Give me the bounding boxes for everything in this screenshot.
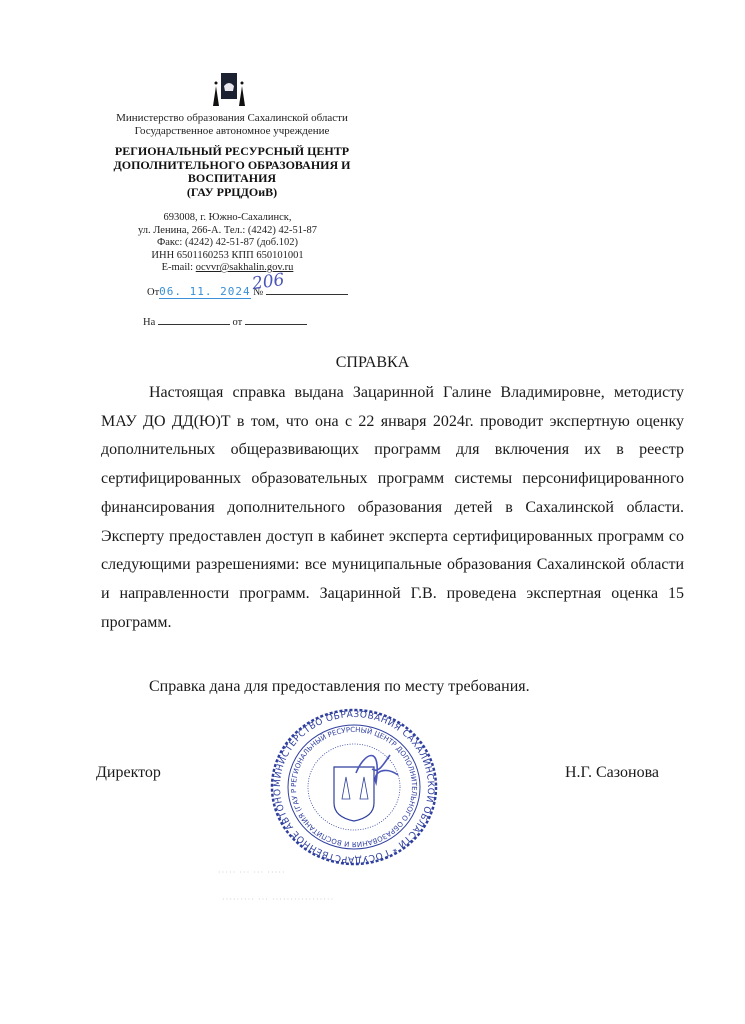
org-name-line1: РЕГИОНАЛЬНЫЙ РЕСУРСНЫЙ ЦЕНТР xyxy=(92,145,372,159)
address-line1: 693008, г. Южно-Сахалинск, xyxy=(100,212,355,225)
bleed-through-text: ········· ··· ················· xyxy=(222,895,334,904)
official-seal-icon: МИНИСТЕРСТВО ОБРАЗОВАНИЯ САХАЛИНСКОЙ ОБЛ… xyxy=(268,707,440,867)
email-line: E-mail: ocvvr@sakhalin.gov.ru xyxy=(100,262,355,275)
document-title: СПРАВКА xyxy=(0,354,745,372)
coat-of-arms-icon xyxy=(207,72,251,108)
institution-type: Государственное автономное учреждение xyxy=(92,125,372,138)
org-abbr: (ГАУ РРЦДОиВ) xyxy=(92,186,372,200)
ref-label: На xyxy=(143,317,155,328)
fax: Факс: (4242) 42-51-87 (доб.102) xyxy=(100,237,355,250)
ref-from-label: от xyxy=(233,317,243,328)
registration-line: От06. 11. 2024 № xyxy=(147,284,348,298)
ref-blank xyxy=(158,314,230,325)
signatory-position: Директор xyxy=(96,764,161,782)
ministry-name: Министерство образования Сахалинской обл… xyxy=(92,112,372,125)
ref-date-blank xyxy=(245,314,307,325)
document-body: Настоящая справка выдана Зацаринной Гали… xyxy=(101,379,684,637)
address-line2: ул. Ленина, 266-А. Тел.: (4242) 42-51-87 xyxy=(100,225,355,238)
email-label: E-mail: xyxy=(162,262,196,273)
from-label: От xyxy=(147,287,159,298)
org-name-line2: ДОПОЛНИТЕЛЬНОГО ОБРАЗОВАНИЯ И xyxy=(92,159,372,173)
letterhead: Министерство образования Сахалинской обл… xyxy=(92,112,372,199)
org-name-line3: ВОСПИТАНИЯ xyxy=(92,172,372,186)
bleed-through-text: ····· ··· ··· ····· xyxy=(218,868,286,877)
reference-line: На от xyxy=(143,314,307,328)
closing-sentence: Справка дана для предоставления по месту… xyxy=(149,678,530,696)
date-stamp: 06. 11. 2024 xyxy=(159,285,250,299)
inn-kpp: ИНН 6501160253 КПП 650101001 xyxy=(100,250,355,263)
signatory-name: Н.Г. Сазонова xyxy=(565,764,659,782)
contact-block: 693008, г. Южно-Сахалинск, ул. Ленина, 2… xyxy=(100,212,355,275)
paragraph-main: Настоящая справка выдана Зацаринной Гали… xyxy=(101,379,684,637)
